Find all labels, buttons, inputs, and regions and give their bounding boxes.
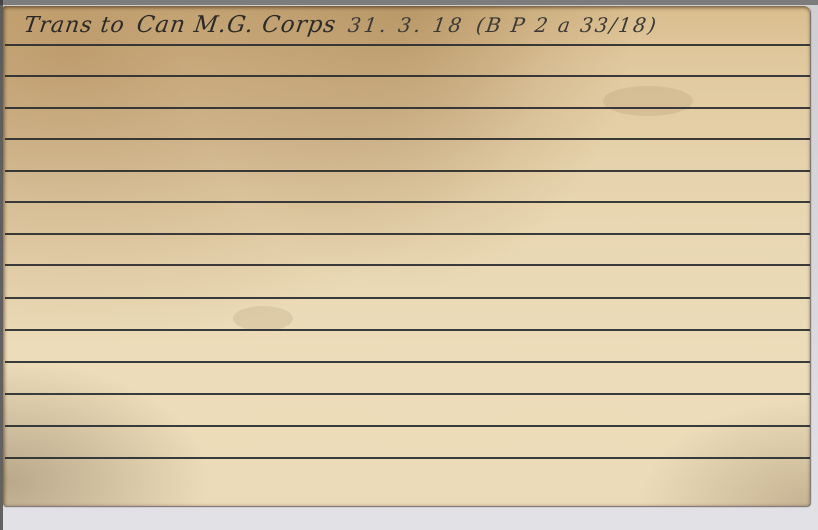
ruled-line [5,201,810,203]
ruled-line [5,170,810,172]
note-unit: Can M.G. Corps [135,12,338,38]
paper-stain [603,86,693,116]
ruled-line [5,297,810,299]
note-reference: (B P 2 a 33/18) [475,13,660,37]
ruled-line [5,361,810,363]
index-card: Trans toCan M.G. Corps31. 3. 18(B P 2 a … [3,6,810,506]
ruled-line [5,75,810,77]
ruled-line [5,264,810,266]
ruled-line [5,393,810,395]
paper-stain [233,306,293,331]
note-date: 31. 3. 18 [347,13,466,37]
note-action: Trans to [22,13,126,38]
ruled-line [5,457,810,459]
ruled-line [5,425,810,427]
ruled-line [5,138,810,140]
ruled-line [5,107,810,109]
handwritten-note: Trans toCan M.G. Corps31. 3. 18(B P 2 a … [21,12,672,46]
ruled-line [5,329,810,331]
ruled-line [5,44,810,46]
ruled-line [5,233,810,235]
scan-edge-top [0,0,818,5]
